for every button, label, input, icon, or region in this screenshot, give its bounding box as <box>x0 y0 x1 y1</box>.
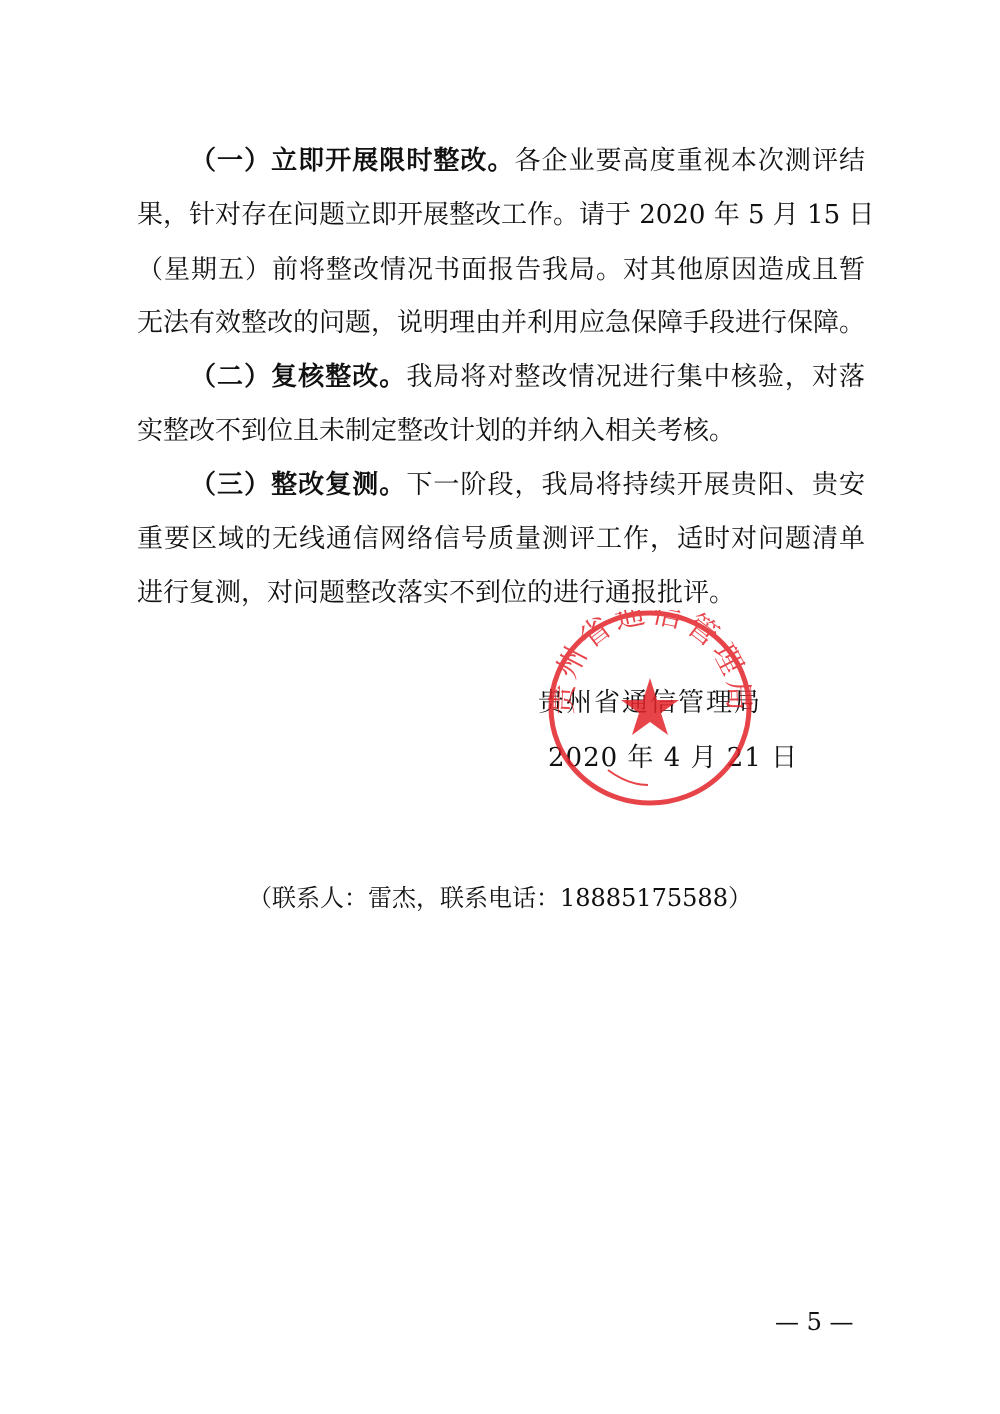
contact-info: （联系人：雷杰，联系电话：18885175588） <box>248 883 752 913</box>
section-1-line-3: （星期五）前将整改情况书面报告我局。对其他原因造成且暂 <box>137 255 865 285</box>
section-1-text: 各企业要高度重视本次测评结 <box>515 146 866 176</box>
section-2-heading: （二）复核整改。 <box>190 362 406 392</box>
section-3-line-3: 进行复测，对问题整改落实不到位的进行通报批评。 <box>137 578 865 608</box>
section-1-line-4: 无法有效整改的问题，说明理由并利用应急保障手段进行保障。 <box>137 308 865 338</box>
section-2-first-line: （二）复核整改。我局将对整改情况进行集中核验，对落 <box>190 362 865 392</box>
section-1-heading: （一）立即开展限时整改。 <box>190 146 515 176</box>
section-1-first-line: （一）立即开展限时整改。各企业要高度重视本次测评结 <box>190 146 865 176</box>
section-3-heading: （三）整改复测。 <box>190 470 406 500</box>
signature-organization: 贵州省通信管理局 <box>538 688 762 718</box>
section-2-line-2: 实整改不到位且未制定整改计划的并纳入相关考核。 <box>137 416 865 446</box>
section-2-text: 我局将对整改情况进行集中核验，对落 <box>406 362 865 392</box>
section-3-line-2: 重要区域的无线通信网络信号质量测评工作，适时对问题清单 <box>137 524 865 554</box>
section-3-first-line: （三）整改复测。下一阶段，我局将持续开展贵阳、贵安 <box>190 470 865 500</box>
page-number: — 5 — <box>775 1307 854 1337</box>
section-3-text: 下一阶段，我局将持续开展贵阳、贵安 <box>406 470 865 500</box>
signature-date: 2020 年 4 月 21 日 <box>548 743 798 773</box>
section-1-line-2: 果，针对存在问题立即开展整改工作。请于 2020 年 5 月 15 日 <box>137 200 865 230</box>
